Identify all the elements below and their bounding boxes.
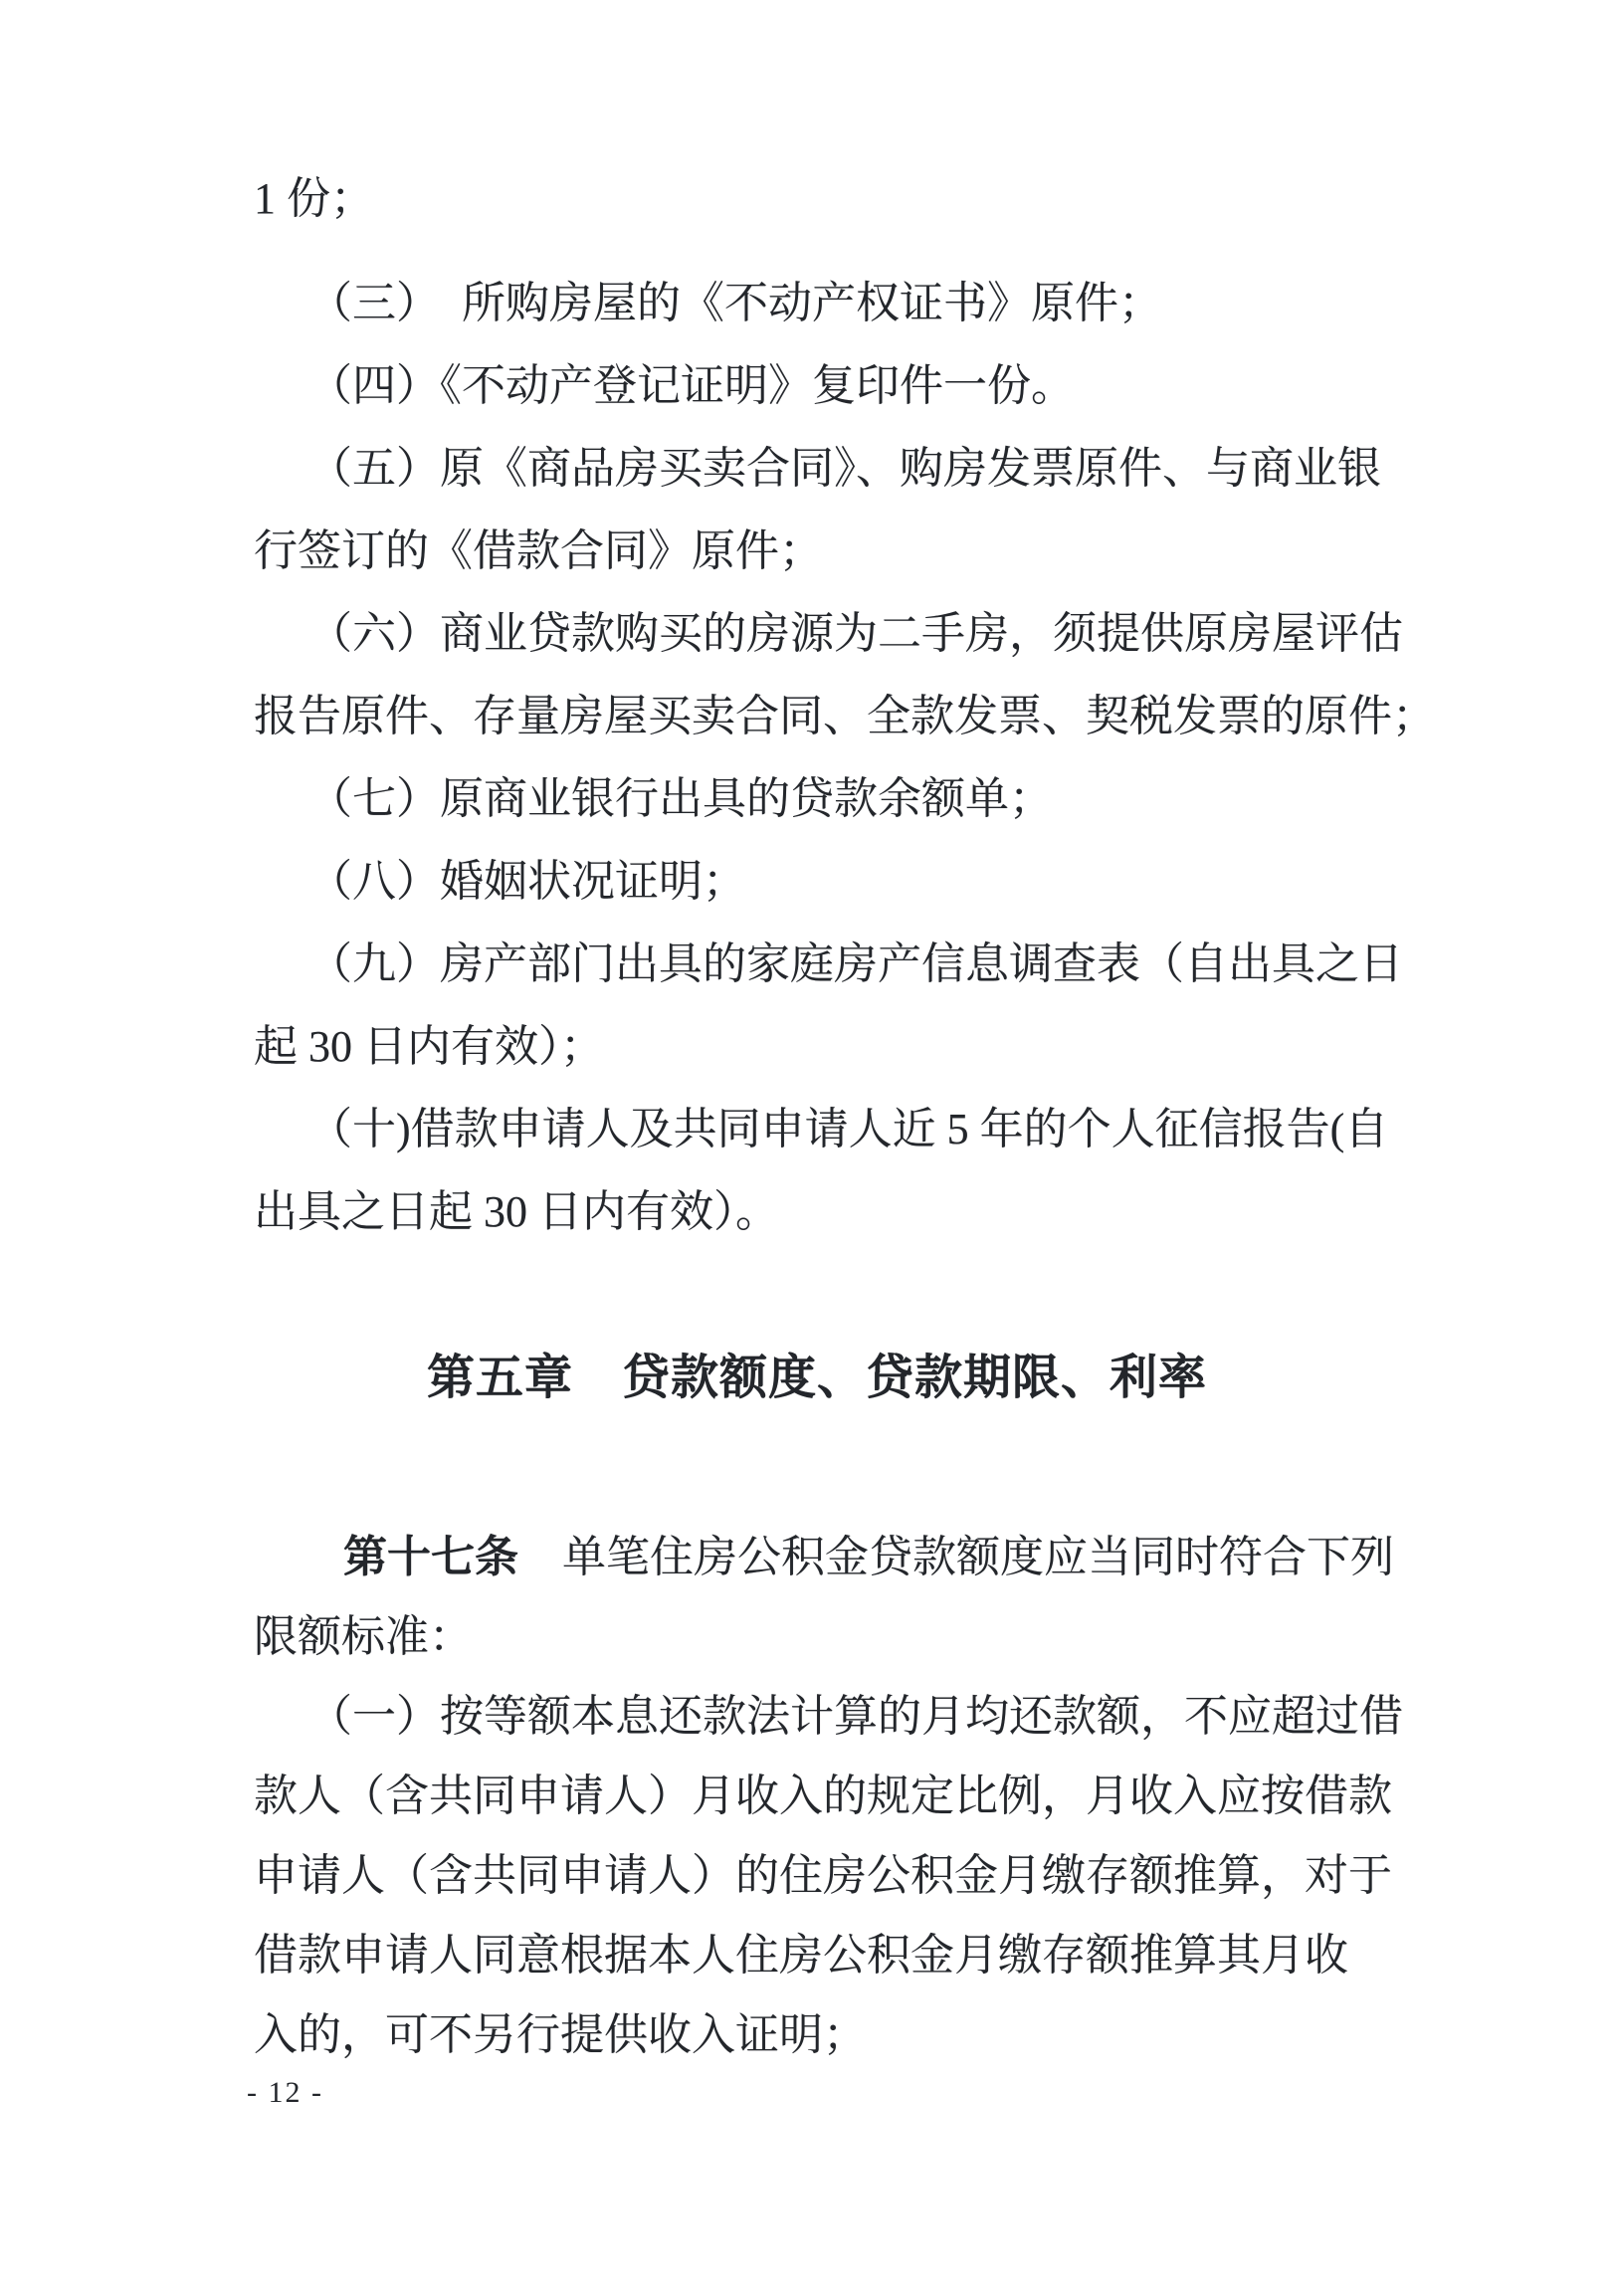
text-line: 行签订的《借款合同》原件； (254, 510, 1380, 592)
text-line: 1 份； (254, 157, 1380, 240)
text-line: 起 30 日内有效）； (254, 1005, 1380, 1088)
text-line: （一）按等额本息还款法计算的月均还款额，不应超过借 (254, 1677, 1380, 1757)
text-line: 限额标准： (254, 1597, 1380, 1677)
text-line: 第十七条 单笔住房公积金贷款额度应当同时符合下列 (254, 1518, 1380, 1597)
text-line: （三） 所购房屋的《不动产权证书》原件； (254, 262, 1380, 344)
text-line: （八）婚姻状况证明； (254, 840, 1380, 923)
text-line: （十)借款申请人及共同申请人近 5 年的个人征信报告(自 (254, 1088, 1380, 1170)
document-page: 1 份；（三） 所购房屋的《不动产权证书》原件；（四）《不动产登记证明》复印件一… (0, 0, 1616, 2296)
text-line: （九）房产部门出具的家庭房产信息调查表（自出具之日 (254, 923, 1380, 1005)
text-line: （五）原《商品房买卖合同》、购房发票原件、与商业银 (254, 427, 1380, 510)
text-line: （七）原商业银行出具的贷款余额单； (254, 757, 1380, 840)
text-line: （六）商业贷款购买的房源为二手房，须提供原房屋评估 (254, 592, 1380, 675)
text-line: 出具之日起 30 日内有效）。 (254, 1170, 1380, 1253)
text-line: 报告原件、存量房屋买卖合同、全款发票、契税发票的原件； (254, 675, 1380, 757)
article-number: 第十七条 (343, 1533, 518, 1581)
page-number: - 12 - (247, 2076, 323, 2110)
text-line: （四）《不动产登记证明》复印件一份。 (254, 344, 1380, 427)
text-block: 1 份；（三） 所购房屋的《不动产权证书》原件；（四）《不动产登记证明》复印件一… (254, 157, 1380, 2075)
text-line: 借款申请人同意根据本人住房公积金月缴存额推算其月收 (254, 1916, 1380, 1995)
text-line: 申请人（含共同申请人）的住房公积金月缴存额推算，对于 (254, 1836, 1380, 1916)
chapter-heading: 第五章 贷款额度、贷款期限、利率 (254, 1337, 1380, 1419)
text-line: 入的，可不另行提供收入证明； (254, 1995, 1380, 2075)
text-segment: 单笔住房公积金贷款额度应当同时符合下列 (518, 1533, 1394, 1581)
text-line: 款人（含共同申请人）月收入的规定比例，月收入应按借款 (254, 1757, 1380, 1836)
